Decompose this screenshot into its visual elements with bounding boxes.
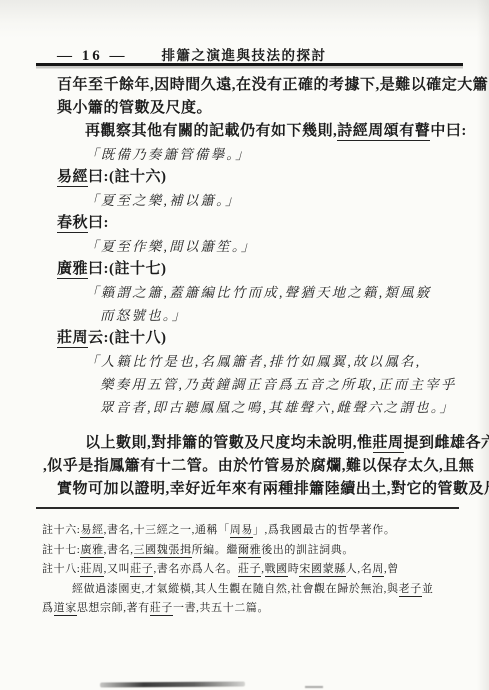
text-line: 眾音者,即古聽鳳凰之鳴,其雄聲六,雌聲六之謂也。」 (57, 396, 463, 419)
text-segment: 」,爲我國最古的哲學著作。 (253, 524, 396, 536)
proper-noun-underline: 周 (372, 563, 384, 577)
text-segment: 曰:(註十六) (88, 169, 167, 185)
text-segment: ,又叫 (104, 563, 131, 575)
text-segment: ,書名,十三經之一,通稱「 (104, 524, 230, 536)
text-line: 註十七:廣雅,書名,三國魏張揖所編。繼爾雅後出的訓註詞典。 (42, 541, 469, 561)
text-line: 易經曰:(註十六) (57, 166, 463, 189)
text-segment: ,似乎是指鳳簫有十二管。由於竹管易於腐爛,難以保存太久,且無 (43, 458, 474, 474)
scan-noise-top (0, 0, 489, 38)
text-segment: 註十六: (42, 524, 80, 536)
text-line: 與小簫的管數及尺度。 (57, 97, 463, 120)
text-segment: 「籟謂之簫,蓋簫編比竹而成,聲猶天地之籟,類風竅 (85, 285, 431, 300)
proper-noun-underline: 詩經 (337, 123, 368, 141)
text-line: 「既備乃奏簫管備擧。」 (57, 143, 463, 166)
text-segment: 經做過漆園吏,才氣縱橫,其人生觀在隨自然,社會觀在歸於無治,與 (72, 583, 399, 595)
text-line: 樂奏用五管,乃黃鐘調正音爲五音之所取,正而主宰乎 (57, 373, 463, 396)
text-segment: 云:(註十八) (88, 330, 167, 346)
header-rule (36, 63, 463, 66)
text-line: 「人籟比竹是也,名鳳簫者,排竹如鳳翼,故以鳳名, (57, 350, 463, 373)
text-segment: 而怒號也。」 (100, 308, 187, 323)
proper-noun-underline: 莊子 (150, 602, 173, 616)
text-segment: 「夏至之樂,補以簫。」 (85, 193, 241, 208)
text-line: 而怒號也。」 (57, 304, 463, 327)
text-segment: ,書名亦爲人名。 (153, 563, 238, 575)
text-segment: ,曾 (384, 563, 399, 575)
text-segment: 註十七: (42, 544, 80, 556)
text-segment: 人,名 (346, 563, 373, 575)
body-text: 百年至千餘年,因時間久遠,在没有正確的考據下,是難以確定大簫與小簫的管數及尺度。… (57, 74, 463, 501)
proper-noun-underline: 戰國 (265, 563, 288, 577)
footnote-rule (36, 507, 459, 509)
text-line: 「籟謂之簫,蓋簫編比竹而成,聲猶天地之籟,類風竅 (57, 281, 463, 304)
proper-noun-underline: 廣雅 (80, 544, 103, 558)
text-segment: 再觀察其他有關的記載仍有如下幾則, (85, 123, 337, 139)
text-line: 再觀察其他有關的記載仍有如下幾則,詩經周頌有瞽中曰: (57, 120, 463, 143)
text-line: 註十六:易經,書名,十三經之一,通稱「周易」,爲我國最古的哲學著作。 (42, 521, 469, 541)
text-segment: 並 (422, 583, 434, 595)
proper-noun-underline: 老子 (399, 583, 422, 597)
text-segment: 百年至千餘年,因時間久遠,在没有正確的考據下,是難以確定大簫 (57, 77, 488, 93)
footnotes: 註十六:易經,書名,十三經之一,通稱「周易」,爲我國最古的哲學著作。註十七:廣雅… (42, 521, 469, 619)
proper-noun-underline: 道家 (54, 602, 77, 616)
proper-noun-underline: 宋國蒙縣 (299, 563, 345, 577)
proper-noun-underline: 春秋 (57, 215, 88, 233)
text-segment: 中曰: (430, 123, 467, 139)
text-segment: 爲 (42, 602, 54, 614)
proper-noun-underline: 周易 (230, 524, 253, 538)
proper-noun-underline: 有瞽 (399, 123, 430, 141)
text-line: 「夏至之樂,補以簫。」 (57, 189, 463, 212)
text-line: 「夏至作樂,間以簫笙。」 (57, 235, 463, 258)
proper-noun-underline: 易經 (80, 524, 103, 538)
text-segment: 「夏至作樂,間以簫笙。」 (85, 239, 257, 254)
text-line: 莊周云:(註十八) (57, 327, 463, 350)
page-header: — 16 —排簫之演進與技法的探討 (57, 44, 327, 65)
scan-speck (305, 686, 323, 688)
text-line: 春秋曰: (57, 212, 463, 235)
text-line: 廣雅曰:(註十七) (57, 258, 463, 281)
proper-noun-underline: 廣雅 (57, 261, 88, 279)
text-segment: 樂奏用五管,乃黃鐘調正音爲五音之所取,正而主宰乎 (100, 377, 457, 392)
text-segment: 後出的訓註詞典。 (261, 544, 354, 556)
proper-noun-underline: 莊周 (373, 435, 404, 453)
text-segment: 實物可加以證明,幸好近年來有兩種排簫陸續出土,對它的管數及尺 (57, 481, 489, 497)
text-line: 百年至千餘年,因時間久遠,在没有正確的考據下,是難以確定大簫 (57, 74, 463, 97)
text-segment: 思想宗師,著有 (77, 602, 150, 614)
text-line: ,似乎是指鳳簫有十二管。由於竹管易於腐爛,難以保存太久,且無 (43, 455, 463, 478)
scanned-book-page: — 16 —排簫之演進與技法的探討 百年至千餘年,因時間久遠,在没有正確的考據下… (0, 0, 489, 690)
text-line: 註十八:莊周,又叫莊子,書名亦爲人名。莊子,戰國時宋國蒙縣人,名周,曾 (42, 560, 469, 580)
page-number: — 16 — (57, 48, 128, 64)
running-title: 排簫之演進與技法的探討 (162, 48, 327, 63)
text-segment: 所編。繼 (192, 544, 238, 556)
proper-noun-underline: 莊周 (57, 330, 88, 348)
text-segment: 與小簫的管數及尺度。 (57, 100, 212, 116)
text-segment: 一書,共五十二篇。 (173, 602, 269, 614)
proper-noun-underline: 爾雅 (238, 544, 261, 558)
text-line: 以上數則,對排簫的管數及尺度均未說明,惟莊周提到雌雄各六 (57, 432, 463, 455)
proper-noun-underline: 莊子 (238, 563, 261, 577)
text-line: 爲道家思想宗師,著有莊子一書,共五十二篇。 (42, 599, 469, 619)
proper-noun-underline: 周頌 (368, 123, 399, 141)
proper-noun-underline: 三國魏張揖 (134, 544, 192, 558)
scan-edge-shadow (477, 0, 489, 690)
proper-noun-underline: 易經 (57, 169, 88, 187)
text-segment: 眾音者,即古聽鳳凰之鳴,其雄聲六,雌聲六之謂也。」 (100, 400, 455, 415)
text-segment: 註十八: (42, 563, 80, 575)
text-segment: 曰: (88, 215, 109, 231)
text-segment: 提到雌雄各六 (404, 435, 489, 451)
text-segment: ,書名, (104, 544, 134, 556)
scan-smudge (100, 681, 245, 687)
proper-noun-underline: 莊子 (130, 563, 153, 577)
text-segment: 「人籟比竹是也,名鳳簫者,排竹如鳳翼,故以鳳名, (85, 354, 421, 369)
text-line: 經做過漆園吏,才氣縱橫,其人生觀在隨自然,社會觀在歸於無治,與老子並 (42, 580, 469, 600)
text-line: 實物可加以證明,幸好近年來有兩種排簫陸續出土,對它的管數及尺 (57, 478, 463, 501)
text-segment: 以上數則,對排簫的管數及尺度均未說明,惟 (85, 435, 373, 451)
text-segment: 時 (288, 563, 300, 575)
text-segment: 曰:(註十七) (88, 261, 167, 277)
text-segment: 「既備乃奏簫管備擧。」 (85, 147, 251, 162)
proper-noun-underline: 莊周 (80, 563, 103, 577)
